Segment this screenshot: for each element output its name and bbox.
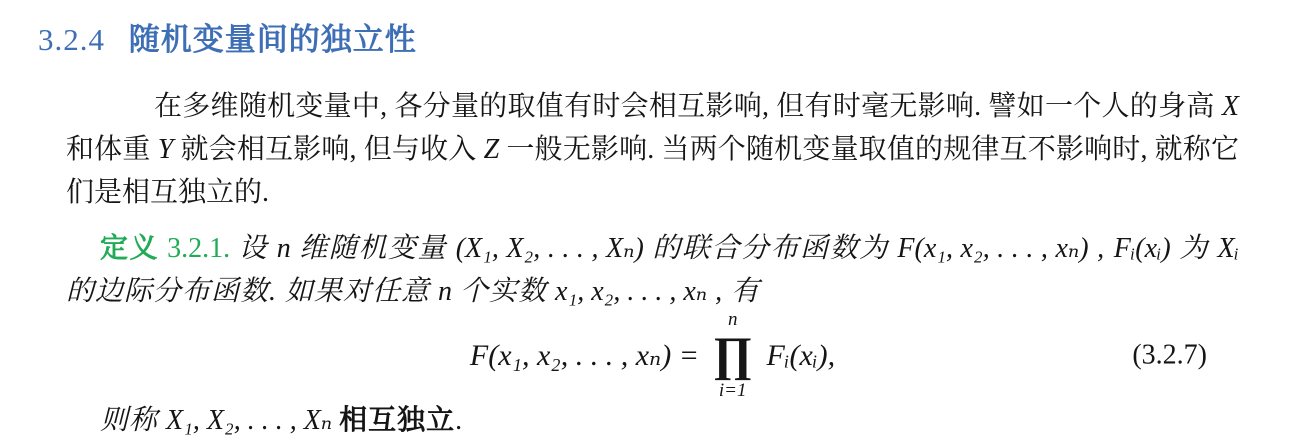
display-equation-row: F(x₁, x₂, . . . , xₙ) = n ∏ i=1 Fᵢ(xᵢ), … (66, 313, 1239, 397)
definition-text: , (1089, 233, 1114, 264)
intro-text: 在多维随机变量中, 各分量的取值有时会相互影响, 但有时毫无影响. 譬如一个人的… (154, 91, 1222, 122)
math-var-x: X (1222, 91, 1239, 122)
math-xi: Xᵢ (1217, 233, 1239, 264)
definition-label: 定义 (100, 233, 159, 264)
textbook-page: 3.2.4 随机变量间的独立性 在多维随机变量中, 各分量的取值有时会相互影响,… (0, 0, 1303, 437)
conclusion-text: 则称 (100, 405, 166, 436)
equation-3-2-7: F(x₁, x₂, . . . , xₙ) = n ∏ i=1 Fᵢ(xᵢ), (470, 310, 835, 400)
definition-text: 维随机变量 (291, 233, 456, 264)
section-title: 随机变量间的独立性 (129, 22, 417, 57)
definition-text: 个实数 (452, 276, 555, 307)
definition-number: 3.2.1. (167, 233, 230, 264)
math-marginal-cdf: Fᵢ(xᵢ) (1114, 233, 1171, 264)
conclusion-period: . (455, 405, 462, 436)
equation-number: (3.2.7) (1132, 334, 1207, 377)
math-reals-list: x₁, x₂, . . . , xₙ (555, 276, 707, 307)
conclusion-paragraph: 则称 X₁, X₂, . . . , Xₙ 相互独立. (66, 399, 1239, 437)
intro-paragraph: 在多维随机变量中, 各分量的取值有时会相互影响, 但有时毫无影响. 譬如一个人的… (66, 85, 1239, 214)
math-joint-cdf: F(x₁, x₂, . . . , xₙ) (897, 233, 1088, 264)
math-n: n (438, 276, 452, 307)
product-upper-limit: n (728, 310, 738, 329)
definition-text: , 有 (707, 276, 760, 307)
math-variables-list: X₁, X₂, . . . , Xₙ (166, 405, 332, 436)
math-random-vector: (X₁, X₂, . . . , Xₙ) (456, 233, 644, 264)
intro-text: 就会相互影响, 但与收入 (173, 134, 483, 165)
definition-text: 为 (1171, 233, 1218, 264)
definition-text: 设 (230, 233, 277, 264)
text-column: 在多维随机变量中, 各分量的取值有时会相互影响, 但有时毫无影响. 譬如一个人的… (66, 85, 1239, 437)
definition-paragraph: 定义3.2.1. 设 n 维随机变量 (X₁, X₂, . . . , Xₙ) … (66, 227, 1239, 313)
product-operator: n ∏ i=1 (713, 310, 753, 400)
product-symbol: ∏ (713, 331, 753, 379)
math-var-y: Y (158, 134, 174, 165)
definition-text: 的边际分布函数. 如果对任意 (66, 276, 438, 307)
definition-text: 的联合分布函数为 (644, 233, 898, 264)
math-var-z: Z (484, 134, 500, 165)
math-n: n (277, 233, 291, 264)
product-lower-limit: i=1 (719, 381, 747, 400)
intro-text: 和体重 (66, 134, 158, 165)
mutually-independent-term: 相互独立 (339, 405, 455, 436)
section-number: 3.2.4 (38, 22, 105, 57)
equation-rhs: Fᵢ(xᵢ), (766, 334, 835, 377)
equation-lhs: F(x₁, x₂, . . . , xₙ) = (470, 334, 699, 377)
section-heading: 3.2.4 随机变量间的独立性 (38, 20, 1303, 60)
